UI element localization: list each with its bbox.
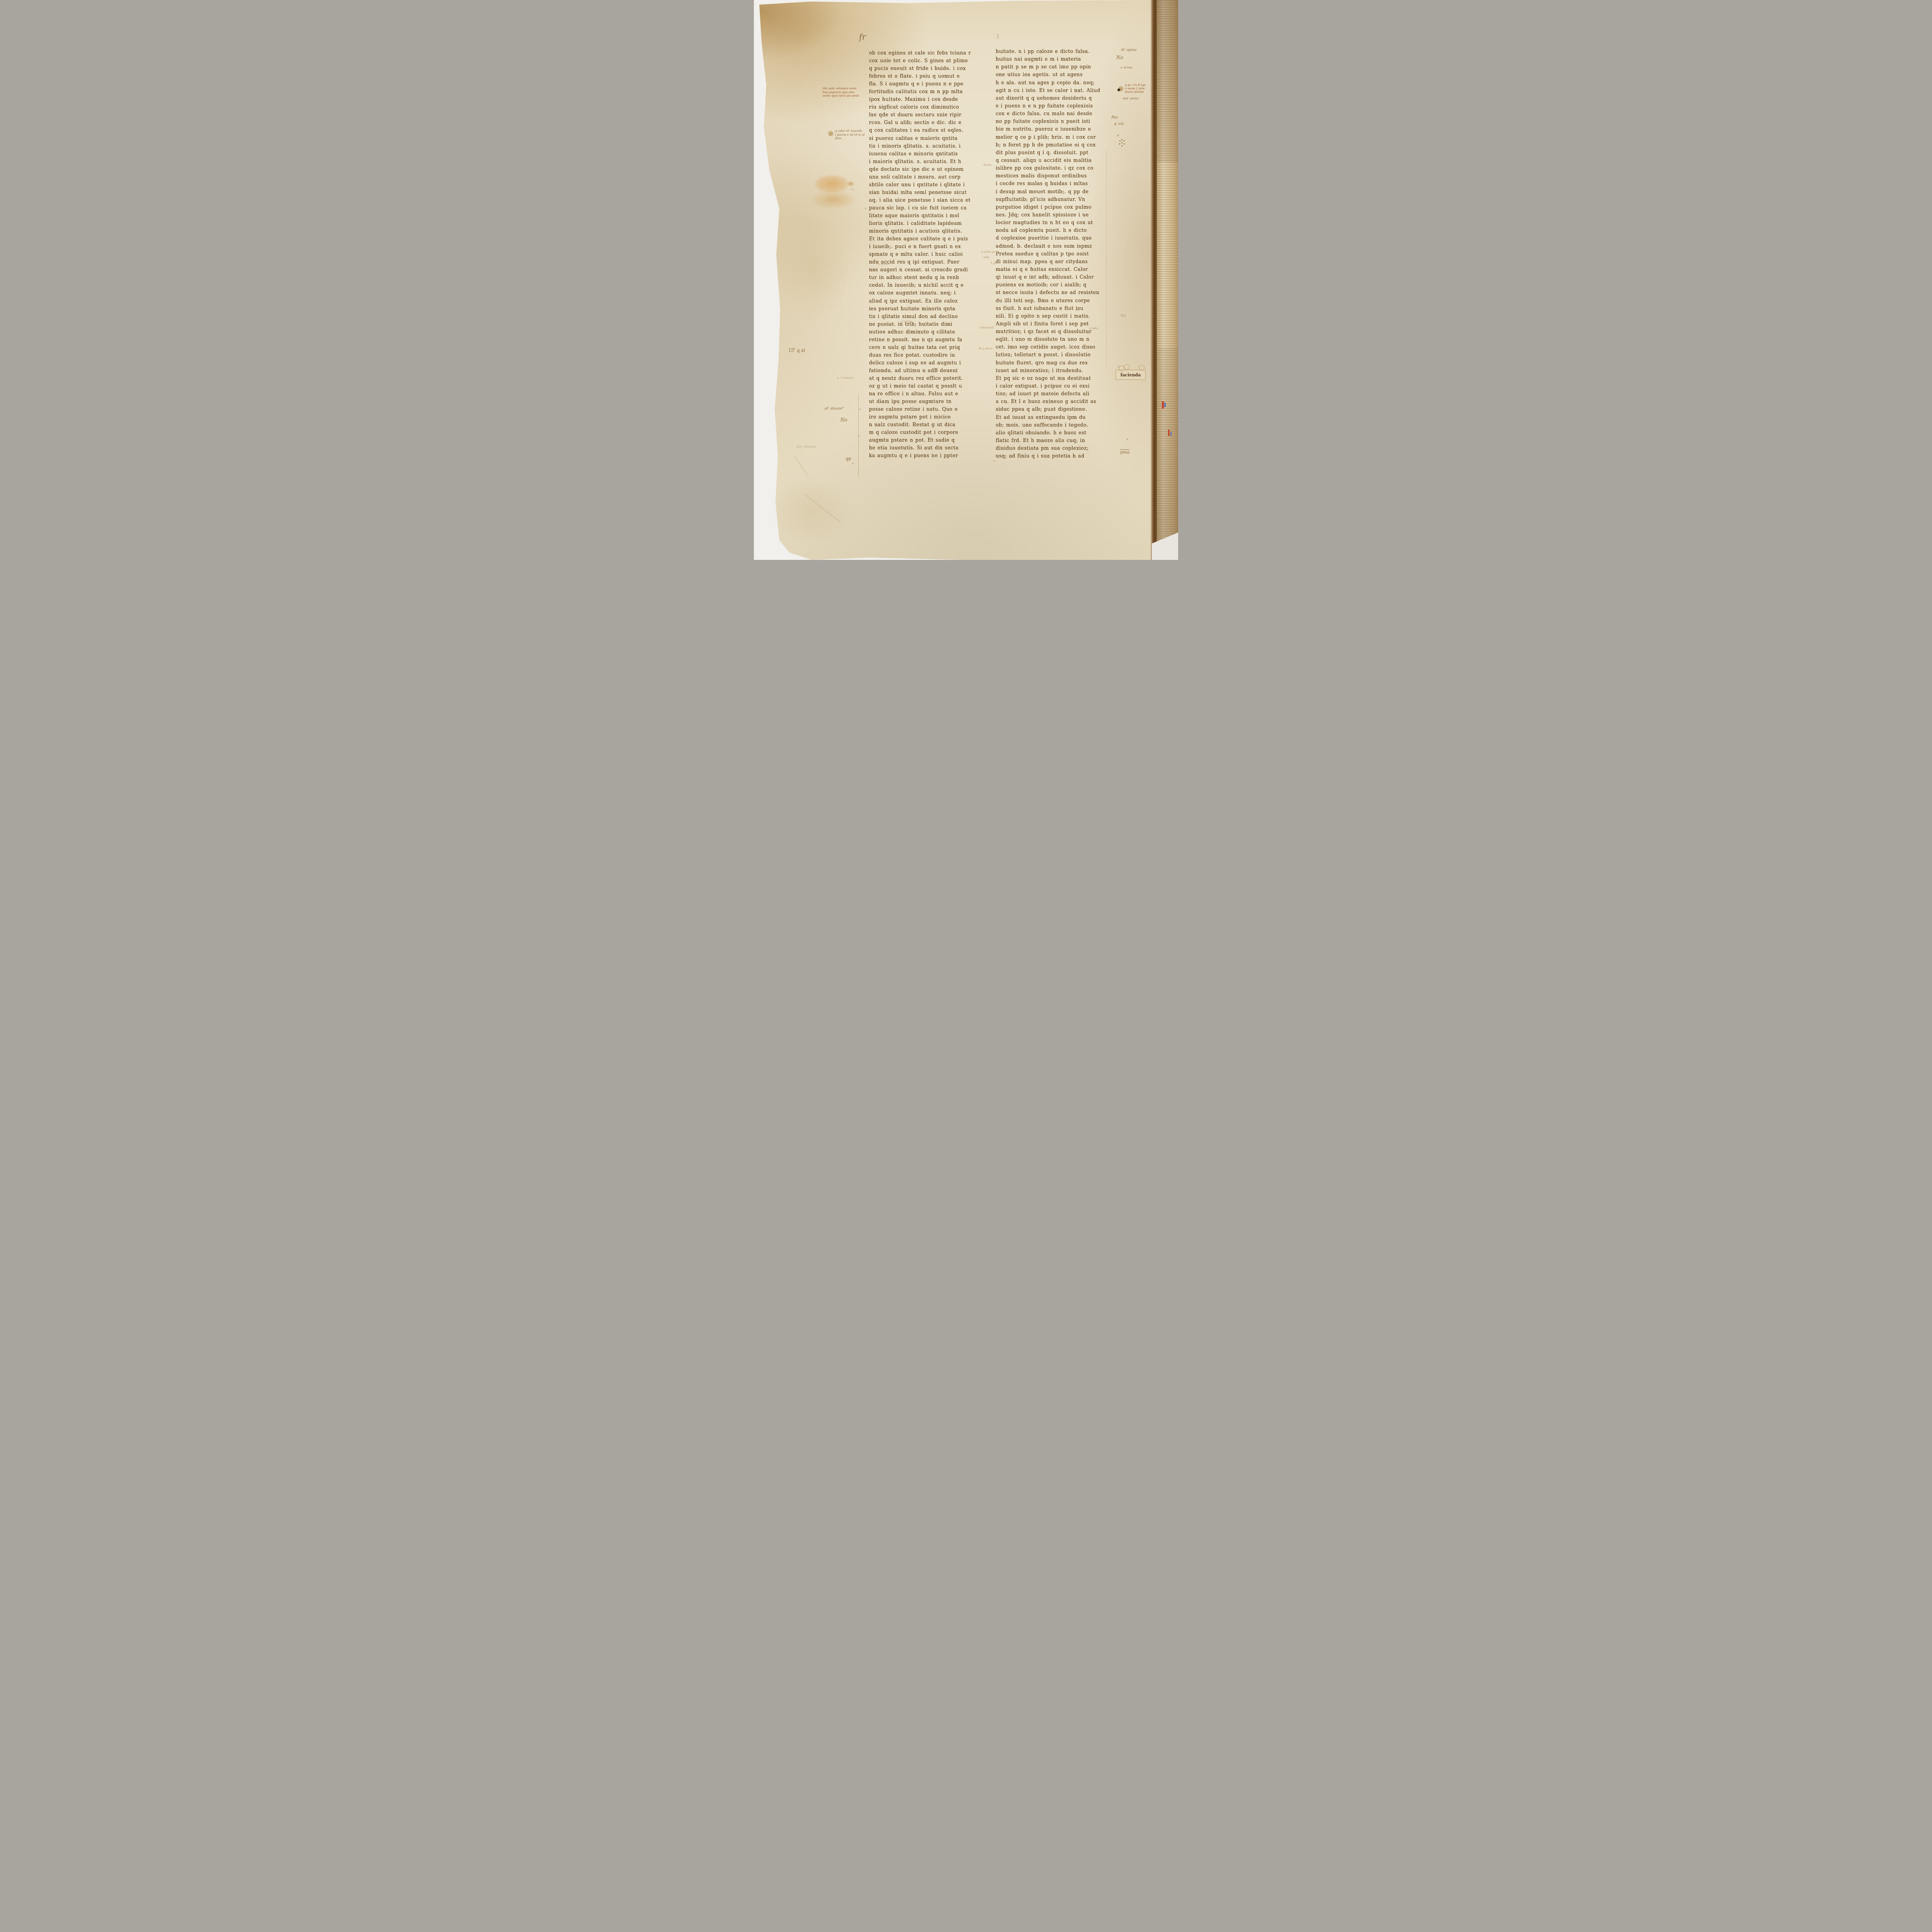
text-line: litate aque maioris qntitatis i mol (869, 212, 988, 219)
text-line: tis i qlitatis simul don ad declino (869, 313, 988, 320)
text-line: diuiduo destiata pm sua coplexioz; (996, 444, 1118, 452)
cross-mark-icon: + (1126, 437, 1129, 442)
ink-blot (1117, 88, 1120, 91)
text-line: febres st o flate. i psiu q uomut e (869, 72, 988, 80)
binding-gutter (1150, 0, 1157, 560)
text-line: duaze ulemde (1125, 90, 1146, 94)
text-line: supfluitatib; pl'icis adhunatur. Vn (996, 196, 1118, 203)
right-note-mal-pame: mal' pame (1122, 97, 1139, 100)
text-line: nutioe adhuc diminuto q cilitate (869, 328, 988, 336)
text-line: q pucis eueuit st fride i huide. i cox (869, 65, 988, 72)
left-note-no: No (840, 417, 847, 423)
text-line: sente quia tales pa sente (823, 94, 859, 98)
text-line: i maioris qlitatis. s. acuitatis. Et h (869, 158, 988, 165)
right-note-q-est: q· est (1114, 122, 1124, 126)
text-line: ob cox egines st cale sic febs tciana r (869, 49, 988, 57)
text-line: nes. Jdq; cox hanelit spissioze i ue (996, 211, 1118, 219)
sun-symbol-icon (828, 131, 833, 136)
left-faint-note: Aio vmphie (796, 445, 816, 449)
text-line: mestices malis disponut ordinibus (996, 172, 1118, 180)
blue-initial-fleck (1170, 432, 1172, 436)
text-line: q calor nl' iuuenib; (835, 129, 865, 133)
text-line: du illi toti sep. Bms e utures corpe (996, 297, 1118, 304)
prick-marks: „ (852, 461, 854, 464)
right-note-al-opinio: Al' opinio (1121, 48, 1136, 52)
text-line: cox e dicto falsa. cu malo nai desde (996, 110, 1118, 117)
text-line: oz g ut i meio tal castat q posslt u (869, 382, 988, 390)
text-line: melior q ce p i plib; hris. m i cox cor (996, 133, 1118, 141)
text-line: augmtu pstare n pot. Et sadie q (869, 436, 988, 444)
text-line: ut diam ipu posse augmtare tn (869, 398, 988, 405)
text-line: cere n ualz qi huitas tata cet priq (869, 344, 988, 351)
text-line: flatic frd. Et h maoze alis cuq; in (996, 437, 1118, 444)
text-line: locior magtudies tn n ht eo q cox ut (996, 219, 1118, 226)
left-note-al-dicam: al' dicam° (825, 406, 844, 411)
text-line: b; n foret pp h de pmutatioe ei q cox (996, 141, 1118, 149)
text-line: sian huidai mlta seml penetsse sicut (869, 189, 988, 196)
text-line: Et ita debes agsce calitate q e i puis (869, 235, 988, 243)
text-line: matia ei q e huitas exsiccat. Calor (996, 265, 1118, 273)
right-note-no-2: No (1111, 115, 1117, 120)
text-line: admod. b. declauit e nos sum ispmz (996, 242, 1118, 250)
text-line: riu sigficat caloris cox diminutico (869, 103, 988, 111)
text-line: a cu. Et l e huoz exineuo g accidit as (996, 398, 1118, 405)
text-column-right: huitate. n i pp caloze e dicto falsa.hui… (996, 48, 1118, 460)
red-initial-fleck (1168, 430, 1170, 436)
text-line: eqlit. i uno m dissoluto tn uno m n (996, 335, 1118, 343)
text-line: huitas nai augmti e m i materia (996, 55, 1118, 63)
text-line: duas res fice potat. custodire iu (869, 351, 988, 359)
gloss: s. acrine (878, 263, 889, 266)
text-line: Pretea saedue q calitas p tpo osist (996, 250, 1118, 258)
manuscript-photo: fr 1 ob cox egines st cale sic febs tcia… (754, 0, 1178, 560)
left-note-s-t-comune: s. t comune (837, 376, 853, 379)
text-line: q ga. rcu R age (1125, 83, 1146, 87)
text-line: n patit p se m p se cat imo pp opin (996, 63, 1118, 71)
text-line: una soli calitate i msura. aut corp (869, 173, 988, 181)
text-line: i iuueib;. puci e n fuert gnati n ex (869, 243, 988, 250)
text-line: qde declato sic ipe dic e ut opinem (869, 165, 988, 173)
text-line: cedat. In iuuecib; u nichil accit q e (869, 281, 988, 289)
text-line: sbtile calor unu i qntitate i qlitate i (869, 181, 988, 189)
text-line: lxe qde st duaru sectaru snie ripir (869, 111, 988, 119)
text-line: ne pueiat. in trib; huitatis dimi (869, 320, 988, 328)
prick-marks: „ (993, 458, 995, 462)
text-line: pueiens ex motioib; cor i aialib; q (996, 281, 1118, 289)
text-line: he etia iuuetutis. Si aut dix secta (869, 444, 988, 452)
text-line: ies pseruat huitate minoris qnta (869, 305, 988, 313)
left-margin-sun-note: q calor nl' iuuenib;i pueris e ist nt in… (835, 129, 865, 140)
text-line: islibre pp cox gulositate. i qz cox co (996, 164, 1118, 172)
gloss: cit (849, 182, 852, 185)
text-line: q cessait. aliqn u accidit eis malitia (996, 156, 1118, 164)
text-line: tiua pigmeta qua smo (823, 90, 859, 94)
text-line: nili. Ei g opito n sep custit i matis. (996, 312, 1118, 320)
text-line: aq. i alia uice penetsse i sian sicca et (869, 196, 988, 204)
right-note-pma: pma (1120, 450, 1129, 455)
text-line: bie m nutritu. pueroz e iuuenibze e (996, 125, 1118, 133)
text-line: di minui map. ppea q aer citydans (996, 258, 1118, 265)
text-line: Ampli sib ut i finita foret i sep pet (996, 320, 1118, 328)
text-line: fla. S i augmtu q e i puens n e ppe (869, 80, 988, 88)
text-line: siduc ppea q alb; puat digestione. (996, 405, 1118, 413)
text-line: dit plus pueint q i q. dissoluit. ppt (996, 149, 1118, 156)
text-line: Hic pote soluates vomi- (823, 87, 859, 90)
text-line: purgatioe idiget i pcipue cox pulmo (996, 203, 1118, 211)
text-line: q cox calitates i ea radice st eqles. (869, 126, 988, 134)
text-line: posse caloze retine i natu. Quo e (869, 405, 988, 413)
text-line: i cocde res malas q huidas i mltas (996, 180, 1118, 187)
gloss: cadlo (983, 256, 990, 259)
blue-initial-fleck (1164, 403, 1166, 407)
gloss: q opnds gn (981, 250, 995, 253)
text-line: cox uoie tot e colic. S gines at plime (869, 57, 988, 65)
text-line: qi iuuat q e int adh; adiuuat. i Calor (996, 273, 1118, 281)
text-line: i desup mal mouet motib;. q pp de (996, 188, 1118, 196)
text-line: aliud q ipz extiguat. Ex ille caloz (869, 297, 988, 305)
text-line: ss fiuit. h aut iubanatu e fiut isu (996, 304, 1118, 312)
gloss: h gn (991, 262, 997, 265)
text-line: e i puens n e n pp fuitate coplexiois (996, 102, 1118, 110)
text-line: na re effice i n altau. Falsu aut e (869, 390, 988, 398)
text-line: d coplexioe pueritie i iuuetutis. que (996, 234, 1118, 242)
text-line: Et ad iuuat as extinguedu ipm du (996, 413, 1118, 421)
right-note-e: e (1117, 134, 1119, 138)
text-line: huitate fiuret. qro mag cu due res (996, 359, 1118, 367)
top-center-mark: 1 (996, 34, 1000, 40)
text-line: mutritioz; i qz facet ei q dissoluitur (996, 328, 1118, 335)
text-line: lutioz; tolletart n posst. i dissolutio (996, 351, 1118, 359)
text-line: ipox huitate. Maximu i cox desde (869, 95, 988, 103)
right-note-no-top: No (1116, 55, 1123, 60)
text-line: ire augmtu pstare pot i micice (869, 413, 988, 421)
prick-marks: „ (859, 406, 861, 410)
text-line: iuuenu calitas e minoris qntitatis (869, 150, 988, 158)
text-line: i calor extiguat. i pcipue cu ei exsi (996, 382, 1118, 390)
text-line: tis i minoris qlitatis. s. acuitatis. i (869, 142, 988, 150)
text-line: pauca sic lap. i cu sic fuit iueiem ca (869, 204, 988, 212)
text-line: aut dixerit q q uehemes desideriu q (996, 94, 1118, 102)
text-line: no pp fuitate coplexiois n pueit isti (996, 117, 1118, 125)
facienda-label: facienda (1116, 370, 1146, 380)
prick-marks: „ (865, 206, 867, 209)
text-line: agit n cu i isto. Et se calor i nat. Ali… (996, 87, 1118, 94)
cartouche-loop-icon (1124, 364, 1130, 370)
text-line: Et pq sic e oz nago ut ma destituat (996, 374, 1118, 382)
text-line: fatiendu. ad ultimu u adB deueni (869, 367, 988, 374)
text-line: i pueris e ist nt in ul (835, 133, 865, 137)
red-initial-fleck (1162, 401, 1164, 409)
text-line: fortitudis calitatis cox m n pp mlta (869, 88, 988, 95)
text-line: ka augmtu q e i puens ne i ppter (869, 452, 988, 459)
left-margin-red-note: Hic pote soluates vomi-tiua pigmeta qua … (823, 87, 859, 98)
right-note-no-mid: No (1121, 314, 1126, 318)
text-line: tioz; ad iuuet pt mateie defectu ali (996, 390, 1118, 398)
text-line: nodu ad coplemtu pueit. h e dicto (996, 226, 1118, 234)
text-line: diue. (835, 136, 865, 140)
folio-signature-mark: fr (859, 32, 866, 42)
text-line: n ualz custodit. Restat g ut dica (869, 421, 988, 429)
text-line: iuuet ad minoratioz; i itradendu. (996, 367, 1118, 374)
text-line: tur in adhuc stent nedu q ia renb (869, 274, 988, 281)
text-line: usq; ad finiu q i sua potetia h ad (996, 452, 1118, 460)
text-line: delicz caloze i sup ee ad augmtu i (869, 359, 988, 367)
text-line: spmate q e mltu calor. i huic calioi (869, 250, 988, 258)
text-line: minoris qntitatis i acutiois qlitatis. (869, 227, 988, 235)
text-line: retine n possit. me n qz augmtu fa (869, 336, 988, 344)
gloss: a nales (1089, 327, 1098, 330)
text-line: n saepe l; pme (1125, 87, 1146, 90)
facing-leaf-edge (1157, 0, 1178, 560)
gloss: Et q poena (979, 347, 993, 350)
text-line: ob; mois. uno suffocando i tegedo. (996, 421, 1118, 429)
text-line: huitate. n i pp caloze e dicto falsa. (996, 48, 1118, 55)
text-line: si pueroz calitas e maioris qntita (869, 134, 988, 142)
text-line: m q caloze custodit pot i corpore (869, 429, 988, 436)
text-line: rcos. Gal u alib; sectis o dic. dic e (869, 119, 988, 126)
gloss: lur (850, 188, 854, 191)
text-line: alio qlitati obuiando. h e huoz est (996, 429, 1118, 437)
text-column-left: ob cox egines st cale sic febs tciana rc… (869, 49, 988, 459)
right-margin-red-note: q ga. rcu R agen saepe l; pmeduaze ulemd… (1125, 83, 1146, 94)
cartouche-loop-icon (1139, 365, 1145, 371)
cartouche-loop-icon (1119, 366, 1124, 371)
prick-marks: „ (858, 434, 860, 437)
text-line: h e ala. aut na ages p copio da. neq; (996, 79, 1118, 87)
text-line: nas augeri n cessat. si crescdo gradi (869, 266, 988, 274)
gloss: q maioze (901, 320, 912, 323)
gloss: voda vessit (980, 326, 994, 329)
text-line: st necce iuuta i defectu ne ad resisten (996, 289, 1118, 296)
text-line: cet. imo sep cotidie auget. icoz disso (996, 343, 1118, 351)
dotted-star-icon (1121, 142, 1122, 143)
text-line: lioris qlitatis. i caliditate lapideam (869, 219, 988, 227)
text-line: one utius iea agetis. ut at agens (996, 71, 1118, 78)
gloss: cis (1075, 309, 1079, 312)
text-line: ox caloze augmtet innatu. neq; i (869, 289, 988, 297)
gloss: declao (983, 163, 992, 167)
left-note-qs: qs (845, 456, 851, 462)
left-note-ul-q-si: Ul' q si (789, 348, 805, 353)
right-note-s-acriue: ·s· acriue (1120, 66, 1133, 69)
text-line: at q neutz duaru rez effice poterit. (869, 374, 988, 382)
